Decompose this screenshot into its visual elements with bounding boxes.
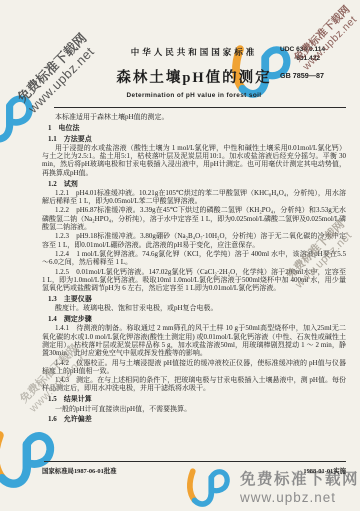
up-logo-icon [0, 424, 58, 496]
section-heading: 1 电位法 [42, 124, 346, 132]
code-block: UDC 634.0.114 ·631.422 GB 7859—87 [280, 46, 348, 81]
watermark-site-url: www.upbz.net [240, 490, 359, 506]
section-heading: 1.2 试剂 [42, 180, 346, 188]
standard-number: GB 7859—87 [280, 71, 348, 81]
section-heading: 1.6 允许偏差 [42, 415, 346, 423]
paragraph: 用于浸提的水或盐溶液（酸性土壤为 1 mol/L氯化钾，中性和碱性土壤采用0.0… [42, 144, 346, 177]
watermark-bottom: 免费标准下载网 www.upbz.net [240, 471, 359, 506]
udc-code-line1: UDC 634.0.114 [280, 46, 348, 55]
paragraph: 1.4.1 待测液的制备。称取通过 2 mm筛孔的风干土样 10 g于50ml高… [42, 324, 346, 357]
footer-implemented: 1988-01-01实施 [303, 466, 346, 475]
section-heading: 1.3 主要仪器 [42, 295, 346, 303]
page-subtitle: Determination of pH value in forest soil [42, 92, 346, 99]
scanned-standard-page: 免费标准下载网 www.upbz.net 免费标准下载网 www.upbz.ne… [0, 0, 360, 511]
paragraph: 一般的pH计可直接读出pH值，不需要换算。 [42, 405, 346, 413]
section-heading: 1.1 方法要点 [42, 135, 346, 143]
intro-paragraph: 本标准适用于森林土壤pH值的测定。 [42, 113, 346, 121]
paragraph: 1.2.2 pH6.87标准缓冲液。3.39g在45℃下烘过的磷酸二氢钾（KH₂… [42, 206, 346, 231]
document-content: 中华人民共和国国家标准 森林土壤pH值的测定 Determination of … [0, 46, 360, 424]
paragraph: 1.4.2 仪器校正。用与土壤浸提液 pH值接近的缓冲液校正仪器，使标准缓冲液的… [42, 359, 346, 376]
paragraph: 1.2.3 pH9.18标准缓冲液。3.80g硼砂（Na₂B₄O₇·10H₂O，… [42, 232, 346, 249]
udc-code-line2: ·631.422 [280, 55, 348, 64]
footer-divider [44, 461, 346, 462]
paragraph: 1.2.4 1 mol/L氯化钾溶液。74.6g氯化钾（KCl，化学纯）溶于 4… [42, 250, 346, 267]
paragraph: 1.2.1 pH4.01标准缓冲液。10.21g在105℃烘过的苯二甲酸氢钾（K… [42, 189, 346, 206]
paragraph: 1.2.5 0.01mol/L氯化钙溶液。147.02g氯化钙（CaCl₂·2H… [42, 268, 346, 293]
footer-approved: 国家标准局1987-06-01批准 [42, 466, 117, 475]
paragraph: 1.4.3 测定。在与上述相同的条件下，把玻璃电极与甘汞电极插入土壤悬液中，测 … [42, 376, 346, 393]
page-footer: 国家标准局1987-06-01批准 1988-01-01实施 [42, 461, 346, 475]
section-heading: 1.4 测定步骤 [42, 315, 346, 323]
document-body: 本标准适用于森林土壤pH值的测定。 1 电位法1.1 方法要点用于浸提的水或盐溶… [42, 113, 346, 424]
header-divider [54, 107, 346, 108]
paragraph: 酸度计。玻璃电极、饱和甘汞电极，或pH复合电极。 [42, 304, 346, 312]
section-heading: 1.5 结果计算 [42, 395, 346, 403]
